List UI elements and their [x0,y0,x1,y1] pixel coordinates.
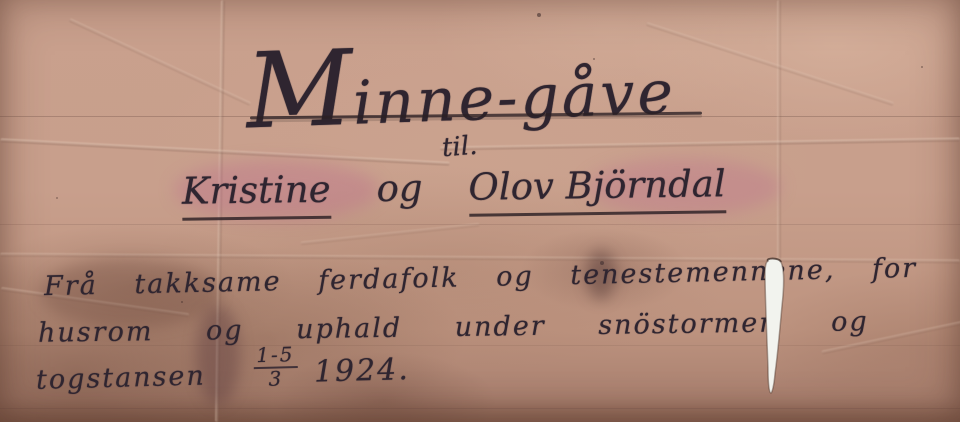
recipient-olov-bjorndal: Olov Björndal [468,162,726,217]
crease-diagonal-center [300,223,479,246]
paper-rule-line [0,224,960,225]
date-fraction-numerator: 1-5 [253,344,298,369]
paper-tear [753,256,795,398]
paper-rule-line [0,408,960,409]
body-line-3: togstansen1-531924. [35,349,410,404]
date-fraction: 1-53 [253,344,298,390]
date-fraction-denominator: 3 [254,368,299,390]
recipient-kristine: Kristine [182,168,331,221]
body-line-3-word: togstansen [36,360,207,395]
handwritten-note-photo: Minne-gåve til. Kristine og Olov Björnda… [0,0,960,422]
conjunction-og: og [376,166,423,218]
recipients-line: Kristine og Olov Björndal [182,162,726,221]
crease-diagonal-topright [646,22,895,106]
salutation-til: til. [441,131,478,163]
date-year: 1924. [313,352,410,389]
crease-vertical-right [777,0,781,262]
